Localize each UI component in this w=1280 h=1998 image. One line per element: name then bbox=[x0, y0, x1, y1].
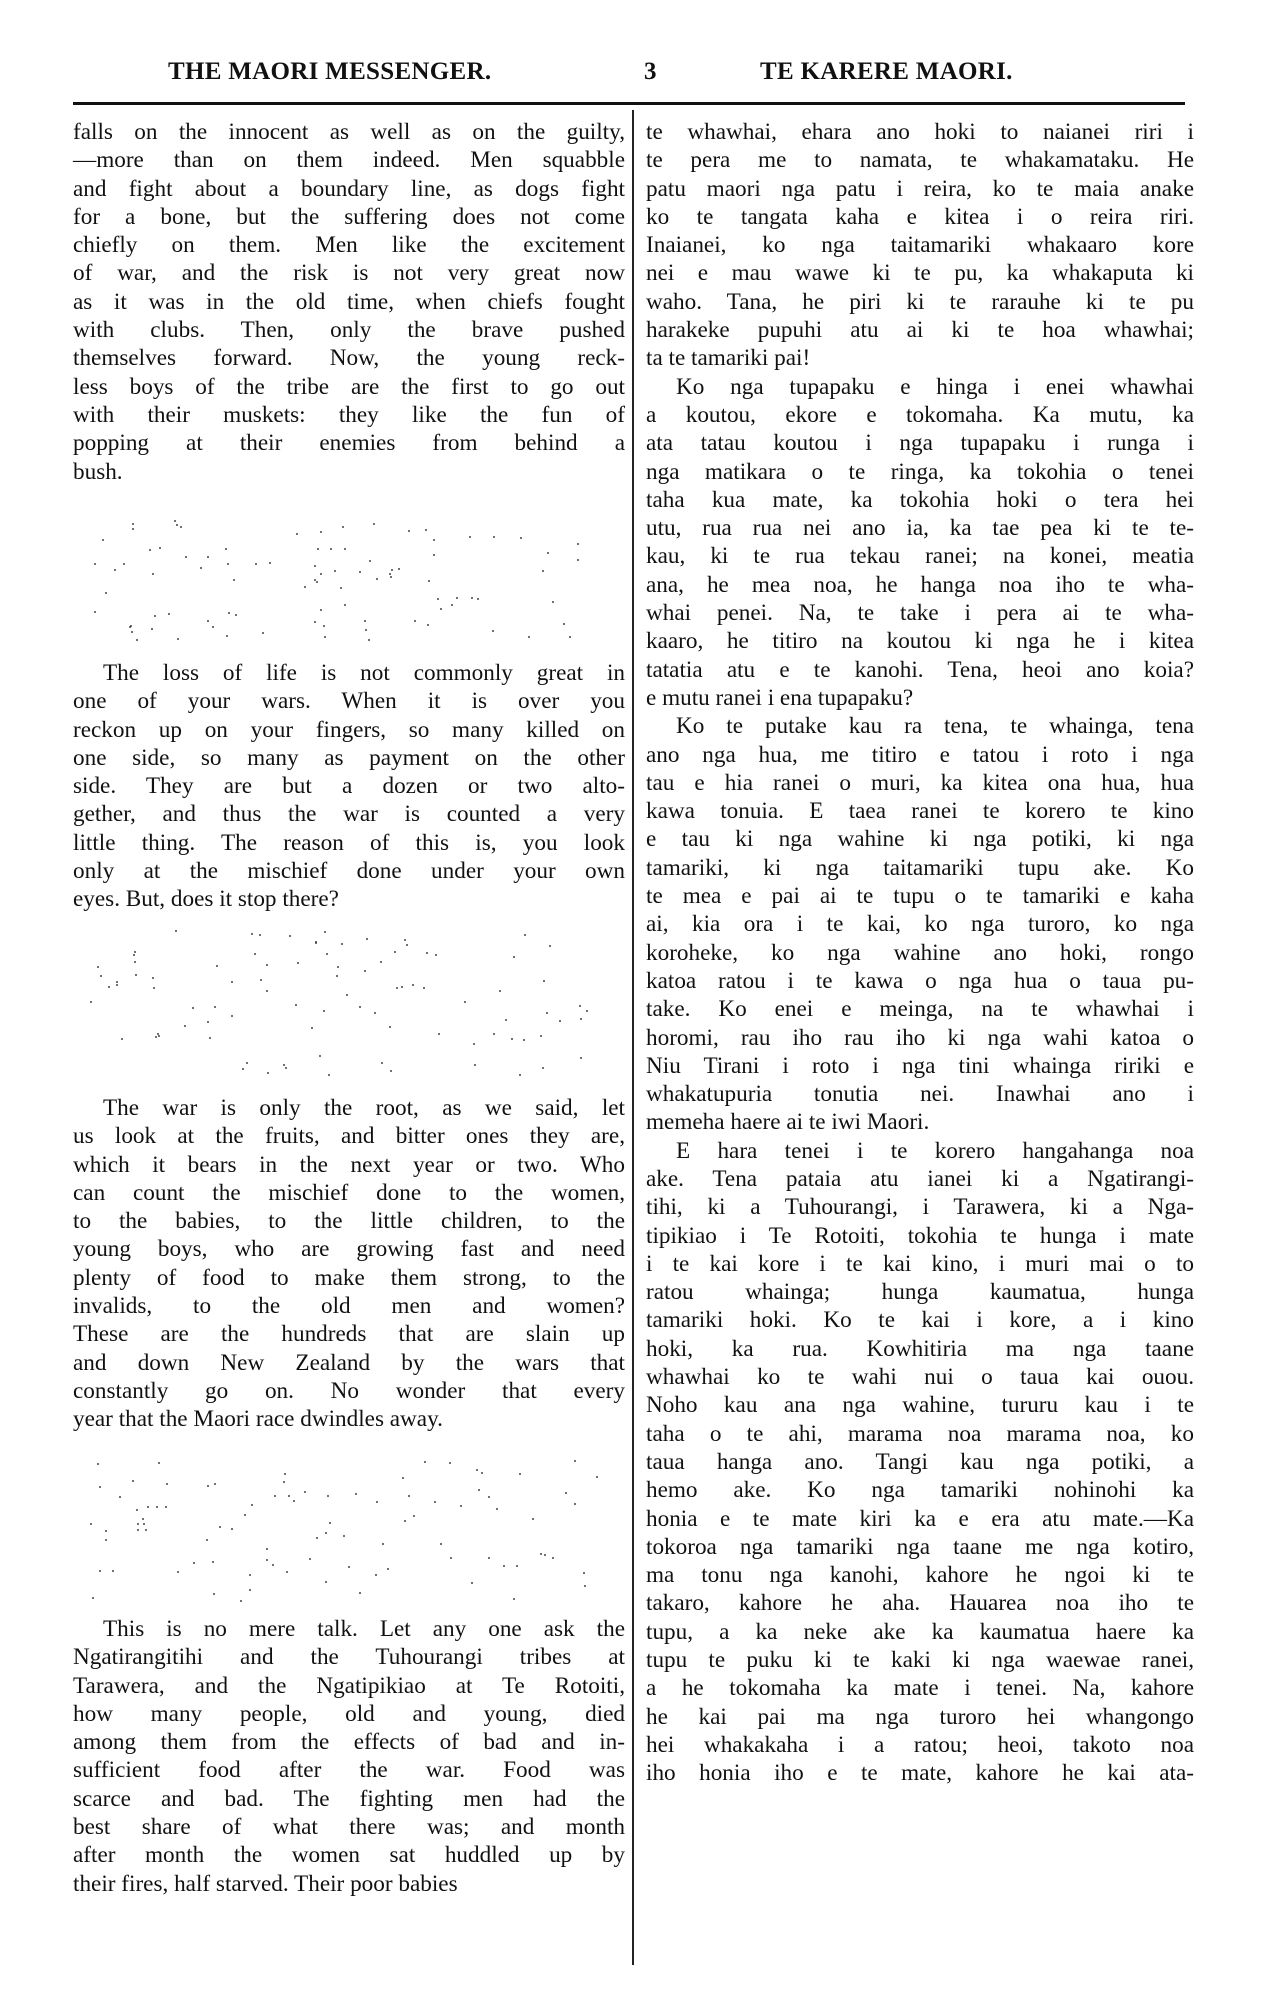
print-speck bbox=[519, 1074, 521, 1076]
print-speck bbox=[289, 935, 291, 937]
print-speck bbox=[320, 609, 322, 611]
text-line: te whawhai, ehara ano hoki to naianei ri… bbox=[646, 118, 1194, 146]
text-line: These are the hundreds that are slain up bbox=[73, 1320, 625, 1348]
print-speck bbox=[317, 548, 319, 550]
print-speck bbox=[408, 1495, 410, 1497]
text-line: whai penei. Na, te take i pera ai te wha… bbox=[646, 599, 1194, 627]
print-speck bbox=[511, 1038, 513, 1040]
print-speck bbox=[132, 1480, 134, 1482]
print-speck bbox=[255, 563, 257, 565]
header-rule bbox=[73, 102, 1185, 105]
print-speck bbox=[426, 952, 428, 954]
text-line: as it was in the old time, when chiefs f… bbox=[73, 288, 625, 316]
print-speck bbox=[513, 956, 515, 958]
print-speck bbox=[402, 1477, 404, 1479]
print-speck bbox=[314, 621, 316, 623]
text-line: Noho kau ana nga wahine, tururu kau i te bbox=[646, 1391, 1194, 1419]
print-speck bbox=[546, 1012, 548, 1014]
print-speck bbox=[543, 980, 545, 982]
column-divider bbox=[632, 110, 634, 1965]
print-speck bbox=[288, 1495, 290, 1497]
text-line: iho honia iho e te mate, kahore he kai a… bbox=[646, 1759, 1194, 1787]
text-line: ano nga hua, me titiro e tatou i roto i … bbox=[646, 741, 1194, 769]
print-speck bbox=[119, 1496, 121, 1498]
print-speck bbox=[394, 951, 396, 953]
print-speck bbox=[285, 1067, 287, 1069]
print-speck bbox=[135, 974, 137, 976]
print-speck bbox=[440, 608, 442, 610]
print-speck bbox=[259, 934, 261, 936]
print-speck bbox=[404, 1520, 406, 1522]
print-speck bbox=[175, 930, 177, 932]
print-speck bbox=[523, 1039, 525, 1041]
print-speck bbox=[373, 523, 375, 525]
print-speck bbox=[513, 1598, 515, 1600]
print-speck bbox=[319, 1055, 321, 1057]
maori-column: te whawhai, ehara ano hoki to naianei ri… bbox=[646, 118, 1194, 1788]
text-line: ma tonu nga kanohi, kahore he ngoi ki te bbox=[646, 1561, 1194, 1589]
text-line: only at the mischief done under your own bbox=[73, 857, 625, 885]
print-speck bbox=[149, 549, 151, 551]
print-speck bbox=[413, 1515, 415, 1517]
text-line: side. They are but a dozen or two alto- bbox=[73, 772, 625, 800]
print-speck bbox=[496, 1508, 498, 1510]
text-line: after month the women sat huddled up by bbox=[73, 1841, 625, 1869]
text-line: popping at their enemies from behind a bbox=[73, 429, 625, 457]
print-speck bbox=[387, 1568, 389, 1570]
text-line: invalids, to the old men and women? bbox=[73, 1292, 625, 1320]
print-speck bbox=[374, 1012, 376, 1014]
print-speck bbox=[481, 1472, 483, 1474]
text-line: one of your wars. When it is over you bbox=[73, 687, 625, 715]
text-line: can count the mischief done to the women… bbox=[73, 1179, 625, 1207]
text-line: young boys, who are growing fast and nee… bbox=[73, 1235, 625, 1263]
text-line: taha o te ahi, marama noa marama noa, ko bbox=[646, 1420, 1194, 1448]
print-speck bbox=[434, 1501, 436, 1503]
text-line: katoa ratou i te kawa o nga hua o taua p… bbox=[646, 967, 1194, 995]
text-line: tau e hia ranei o muri, ka kitea ona hua… bbox=[646, 769, 1194, 797]
print-speck bbox=[133, 954, 135, 956]
print-speck bbox=[503, 1565, 505, 1567]
text-line: less boys of the tribe are the first to … bbox=[73, 373, 625, 401]
print-speck bbox=[155, 1036, 157, 1038]
print-speck bbox=[136, 1509, 138, 1511]
print-speck bbox=[586, 1010, 588, 1012]
text-line: to the babies, to the little children, t… bbox=[73, 1207, 625, 1235]
text-line: memeha haere ai te iwi Maori. bbox=[646, 1108, 1194, 1136]
print-speck bbox=[143, 1523, 145, 1525]
text-line: a koutou, ekore e tokomaha. Ka mutu, ka bbox=[646, 401, 1194, 429]
print-speck bbox=[428, 580, 430, 582]
print-speck bbox=[168, 613, 170, 615]
text-line: with their muskets: they like the fun of bbox=[73, 401, 625, 429]
print-speck bbox=[102, 539, 104, 541]
print-speck bbox=[380, 961, 382, 963]
print-speck bbox=[376, 578, 378, 580]
print-speck bbox=[296, 533, 298, 535]
print-speck bbox=[219, 1526, 221, 1528]
print-speck bbox=[145, 1529, 147, 1531]
text-line: chiefly on them. Men like the excitement bbox=[73, 231, 625, 259]
print-speck bbox=[266, 990, 268, 992]
print-speck bbox=[304, 586, 306, 588]
print-speck bbox=[166, 1483, 168, 1485]
text-line: ta te tamariki pai! bbox=[646, 344, 1194, 372]
text-line: Ko te putake kau ra tena, te whainga, te… bbox=[646, 712, 1194, 740]
text-line: e tau ki nga wahine ki nga potiki, ki ng… bbox=[646, 825, 1194, 853]
print-speck bbox=[437, 598, 439, 600]
print-speck bbox=[382, 1543, 384, 1545]
text-line: taua hanga ano. Tangi kau nga potiki, a bbox=[646, 1448, 1194, 1476]
print-speck bbox=[580, 1018, 582, 1020]
print-speck bbox=[100, 975, 102, 977]
print-speck bbox=[152, 977, 154, 979]
print-speck bbox=[532, 1518, 534, 1520]
print-speck bbox=[316, 1537, 318, 1539]
print-speck bbox=[242, 1068, 244, 1070]
print-speck bbox=[584, 1585, 586, 1587]
text-line: ai, kia ora i te kai, ko nga turoro, ko … bbox=[646, 910, 1194, 938]
text-line: utu, rua rua nei ano ia, ka tae pea ki t… bbox=[646, 514, 1194, 542]
print-speck bbox=[105, 592, 107, 594]
print-speck bbox=[398, 568, 400, 570]
text-line: tatatia atu e te kanohi. Tena, heoi ano … bbox=[646, 656, 1194, 684]
text-line: eyes. But, does it stop there? bbox=[73, 885, 625, 913]
print-speck bbox=[499, 990, 501, 992]
text-line: ata tatau koutou i nga tupapaku i runga … bbox=[646, 429, 1194, 457]
print-speck bbox=[596, 1476, 598, 1478]
print-speck bbox=[440, 1543, 442, 1545]
print-speck bbox=[476, 1469, 478, 1471]
print-speck bbox=[449, 1462, 451, 1464]
print-speck bbox=[116, 981, 118, 983]
text-line: patu maori nga patu i reira, ko te maia … bbox=[646, 175, 1194, 203]
print-speck bbox=[408, 530, 410, 532]
text-line: plenty of food to make them strong, to t… bbox=[73, 1264, 625, 1292]
text-line: hei whakakaha i a ratou; heoi, takoto no… bbox=[646, 1731, 1194, 1759]
print-speck bbox=[137, 1529, 139, 1531]
print-speck bbox=[154, 615, 156, 617]
print-speck bbox=[424, 1461, 426, 1463]
print-speck bbox=[355, 1493, 357, 1495]
print-speck bbox=[251, 933, 253, 935]
print-speck bbox=[254, 953, 256, 955]
print-speck bbox=[435, 954, 437, 956]
print-speck bbox=[542, 1067, 544, 1069]
print-speck bbox=[542, 570, 544, 572]
print-speck bbox=[231, 1528, 233, 1530]
text-line: how many people, old and young, died bbox=[73, 1700, 625, 1728]
print-speck bbox=[493, 1033, 495, 1035]
print-speck bbox=[249, 1574, 251, 1576]
print-speck bbox=[297, 962, 299, 964]
print-speck bbox=[366, 938, 368, 940]
text-line: Ko nga tupapaku e hinga i enei whawhai bbox=[646, 373, 1194, 401]
print-speck bbox=[123, 563, 125, 565]
print-speck bbox=[324, 636, 326, 638]
print-speck bbox=[577, 543, 579, 545]
print-speck bbox=[473, 1043, 475, 1045]
text-line: tamariki hoki. Ko te kai i kore, a i kin… bbox=[646, 1306, 1194, 1334]
print-speck bbox=[99, 1486, 101, 1488]
text-line: nei e mau wawe ki te pu, ka whakaputa ki bbox=[646, 259, 1194, 287]
print-speck bbox=[249, 1589, 251, 1591]
print-speck bbox=[207, 1485, 209, 1487]
print-speck bbox=[433, 554, 435, 556]
text-line: e mutu ranei i ena tupapaku? bbox=[646, 684, 1194, 712]
print-speck bbox=[174, 520, 176, 522]
print-speck bbox=[108, 986, 110, 988]
text-line: waho. Tana, he piri ki te rarauhe ki te … bbox=[646, 288, 1194, 316]
print-speck bbox=[286, 1571, 288, 1573]
print-speck bbox=[240, 1600, 242, 1602]
print-speck bbox=[425, 529, 427, 531]
text-line: kau, ki te rua tekau ranei; na konei, me… bbox=[646, 542, 1194, 570]
print-speck bbox=[325, 1581, 327, 1583]
print-speck bbox=[488, 1557, 490, 1559]
text-line: honia e te mate kiri ka e era atu mate.—… bbox=[646, 1505, 1194, 1533]
print-speck bbox=[414, 620, 416, 622]
print-speck bbox=[260, 979, 262, 981]
print-speck bbox=[212, 1561, 214, 1563]
print-speck bbox=[309, 1558, 311, 1560]
page-number: 3 bbox=[644, 58, 657, 86]
print-speck bbox=[159, 547, 161, 549]
text-line: Ngatirangitihi and the Tuhourangi tribes… bbox=[73, 1643, 625, 1671]
print-speck bbox=[225, 548, 227, 550]
print-speck bbox=[235, 614, 237, 616]
print-speck bbox=[105, 1539, 107, 1541]
print-speck bbox=[469, 536, 471, 538]
print-speck bbox=[283, 1064, 285, 1066]
text-line: tupu, a ka neke ake ka kaumatua haere ka bbox=[646, 1618, 1194, 1646]
print-speck bbox=[390, 1070, 392, 1072]
print-speck bbox=[121, 1038, 123, 1040]
print-speck bbox=[231, 981, 233, 983]
text-line: one side, so many as payment on the othe… bbox=[73, 744, 625, 772]
print-speck bbox=[316, 581, 318, 583]
print-speck bbox=[177, 1571, 179, 1573]
text-line: their fires, half starved. Their poor ba… bbox=[73, 1870, 625, 1898]
print-speck bbox=[505, 1019, 507, 1021]
text-line: ko te tangata kaha e kitea i o reira rir… bbox=[646, 203, 1194, 231]
print-speck bbox=[134, 961, 136, 963]
text-line: best share of what there was; and month bbox=[73, 1813, 625, 1841]
print-speck bbox=[315, 942, 317, 944]
print-speck bbox=[180, 526, 182, 528]
print-speck bbox=[368, 639, 370, 641]
text-line: Inaianei, ko nga taitamariki whakaaro ko… bbox=[646, 231, 1194, 259]
print-speck bbox=[524, 934, 526, 936]
text-line: tihi, ki a Tuhourangi, i Tarawera, ki a … bbox=[646, 1193, 1194, 1221]
print-speck bbox=[456, 597, 458, 599]
print-speck bbox=[574, 1460, 576, 1462]
print-speck bbox=[478, 1489, 480, 1491]
print-speck bbox=[326, 953, 328, 955]
text-line: and down New Zealand by the wars that bbox=[73, 1349, 625, 1377]
print-speck bbox=[519, 1473, 521, 1475]
print-speck bbox=[344, 548, 346, 550]
print-speck bbox=[540, 1553, 542, 1555]
print-speck bbox=[528, 636, 530, 638]
text-line: scarce and bad. The fighting men had the bbox=[73, 1785, 625, 1813]
print-speck bbox=[90, 1001, 92, 1003]
print-speck bbox=[552, 601, 554, 603]
text-line: ratou whainga; hunga kaumatua, hunga bbox=[646, 1278, 1194, 1306]
print-speck bbox=[231, 1015, 233, 1017]
print-speck bbox=[342, 526, 344, 528]
print-speck bbox=[327, 1495, 329, 1497]
print-speck bbox=[200, 567, 202, 569]
text-line: falls on the innocent as well as on the … bbox=[73, 118, 625, 146]
print-speck bbox=[112, 1570, 114, 1572]
print-speck bbox=[131, 631, 133, 633]
print-speck bbox=[427, 624, 429, 626]
english-paragraph-2: The loss of life is not commonly great i… bbox=[73, 659, 625, 914]
text-line: whakatupuria tonutia nei. Inawhai ano i bbox=[646, 1080, 1194, 1108]
print-speck bbox=[396, 987, 398, 989]
print-speck bbox=[328, 1074, 330, 1076]
print-speck bbox=[320, 531, 322, 533]
print-speck bbox=[206, 1539, 208, 1541]
english-paragraph-3: The war is only the root, as we said, le… bbox=[73, 1094, 625, 1434]
print-speck bbox=[359, 1592, 361, 1594]
print-speck bbox=[471, 1582, 473, 1584]
text-line: This is no mere talk. Let any one ask th… bbox=[73, 1615, 625, 1643]
print-speck bbox=[185, 556, 187, 558]
print-speck bbox=[99, 1570, 101, 1572]
print-speck bbox=[272, 1564, 274, 1566]
print-speck bbox=[330, 548, 332, 550]
print-speck bbox=[114, 569, 116, 571]
print-speck bbox=[359, 571, 361, 573]
text-line: kaaro, he titiro na koutou ki nga he i k… bbox=[646, 627, 1194, 655]
print-speck bbox=[213, 1593, 215, 1595]
text-line: koroheke, ko nga wahine ano hoki, rongo bbox=[646, 939, 1194, 967]
masthead-maori: TE KARERE MAORI. bbox=[760, 58, 1013, 86]
text-line: tupu te puku ki te kaki ki nga waewae ra… bbox=[646, 1646, 1194, 1674]
print-speck bbox=[214, 1483, 216, 1485]
print-speck bbox=[132, 528, 134, 530]
print-speck bbox=[184, 1025, 186, 1027]
english-paragraph-4: This is no mere talk. Let any one ask th… bbox=[73, 1615, 625, 1898]
text-line: he kai pai ma nga turoro hei whangongo bbox=[646, 1703, 1194, 1731]
print-speck bbox=[158, 1035, 160, 1037]
print-speck bbox=[406, 944, 408, 946]
print-speck bbox=[97, 966, 99, 968]
print-speck bbox=[92, 1597, 94, 1599]
text-line: Tarawera, and the Ngatipikiao at Te Roto… bbox=[73, 1672, 625, 1700]
print-speck bbox=[540, 1035, 542, 1037]
text-line: hoki, ka rua. Kowhitiria ma nga taane bbox=[646, 1335, 1194, 1363]
print-speck bbox=[214, 1006, 216, 1008]
print-speck bbox=[369, 560, 371, 562]
print-speck bbox=[283, 1481, 285, 1483]
print-speck bbox=[471, 597, 473, 599]
print-speck bbox=[267, 1072, 269, 1074]
print-speck bbox=[341, 943, 343, 945]
print-speck bbox=[348, 1566, 350, 1568]
masthead-english: THE MAORI MESSENGER. bbox=[168, 58, 588, 86]
text-line: of war, and the risk is not very great n… bbox=[73, 259, 625, 287]
print-speck bbox=[105, 1530, 107, 1532]
print-speck bbox=[329, 1522, 331, 1524]
print-speck bbox=[580, 1057, 582, 1059]
print-speck bbox=[359, 1006, 361, 1008]
print-speck bbox=[251, 1504, 253, 1506]
print-speck bbox=[311, 1027, 313, 1029]
print-speck bbox=[451, 604, 453, 606]
english-paragraph-1: falls on the innocent as well as on the … bbox=[73, 118, 625, 486]
text-line: E hara tenei i te korero hangahanga noa bbox=[646, 1137, 1194, 1165]
print-speck bbox=[177, 638, 179, 640]
text-line: taha kua mate, ka tokohia hoki o tera he… bbox=[646, 486, 1194, 514]
print-speck bbox=[323, 1010, 325, 1012]
text-line: kawa tonuia. E taea ranei te korero te k… bbox=[646, 797, 1194, 825]
print-speck bbox=[334, 570, 336, 572]
print-speck bbox=[389, 573, 391, 575]
print-speck bbox=[97, 1463, 99, 1465]
print-speck bbox=[464, 1001, 466, 1003]
print-speck bbox=[209, 1037, 211, 1039]
print-speck bbox=[151, 628, 153, 630]
print-speck bbox=[325, 1532, 327, 1534]
print-speck bbox=[212, 626, 214, 628]
print-speck bbox=[389, 1026, 391, 1028]
print-speck bbox=[116, 984, 118, 986]
text-line: year that the Maori race dwindles away. bbox=[73, 1405, 625, 1433]
text-line: harakeke pupuhi atu ai ki te hoa whawhai… bbox=[646, 316, 1194, 344]
print-speck bbox=[583, 1572, 585, 1574]
print-speck bbox=[364, 620, 366, 622]
print-speck bbox=[207, 620, 209, 622]
print-speck bbox=[293, 1500, 295, 1502]
print-speck bbox=[158, 1462, 160, 1464]
print-speck bbox=[337, 966, 339, 968]
print-speck bbox=[246, 1062, 248, 1064]
print-speck bbox=[346, 994, 348, 996]
print-speck bbox=[412, 984, 414, 986]
print-speck bbox=[216, 965, 218, 967]
print-speck bbox=[390, 576, 392, 578]
print-speck bbox=[559, 1020, 561, 1022]
print-speck bbox=[226, 635, 228, 637]
print-speck bbox=[336, 975, 338, 977]
print-speck bbox=[228, 612, 230, 614]
print-speck bbox=[156, 1506, 158, 1508]
text-line: tipikiao i Te Rotoiti, tokohia te hunga … bbox=[646, 1222, 1194, 1250]
print-speck bbox=[262, 632, 264, 634]
print-speck bbox=[266, 964, 268, 966]
print-speck bbox=[552, 1557, 554, 1559]
text-line: a he tokomaha ka mate i tenei. Na, kahor… bbox=[646, 1674, 1194, 1702]
print-speck bbox=[94, 611, 96, 613]
print-speck bbox=[132, 523, 134, 525]
text-line: themselves forward. Now, the young reck- bbox=[73, 344, 625, 372]
print-speck bbox=[450, 1557, 452, 1559]
print-speck bbox=[375, 1574, 377, 1576]
print-speck bbox=[137, 1523, 139, 1525]
print-speck bbox=[460, 1505, 462, 1507]
print-speck bbox=[579, 1005, 581, 1007]
print-speck bbox=[423, 987, 425, 989]
print-speck bbox=[563, 623, 565, 625]
print-speck bbox=[90, 1523, 92, 1525]
print-speck bbox=[295, 1004, 297, 1006]
print-speck bbox=[134, 951, 136, 953]
text-line: take. Ko enei e meinga, na te whawhai i bbox=[646, 995, 1194, 1023]
print-speck bbox=[193, 1562, 195, 1564]
